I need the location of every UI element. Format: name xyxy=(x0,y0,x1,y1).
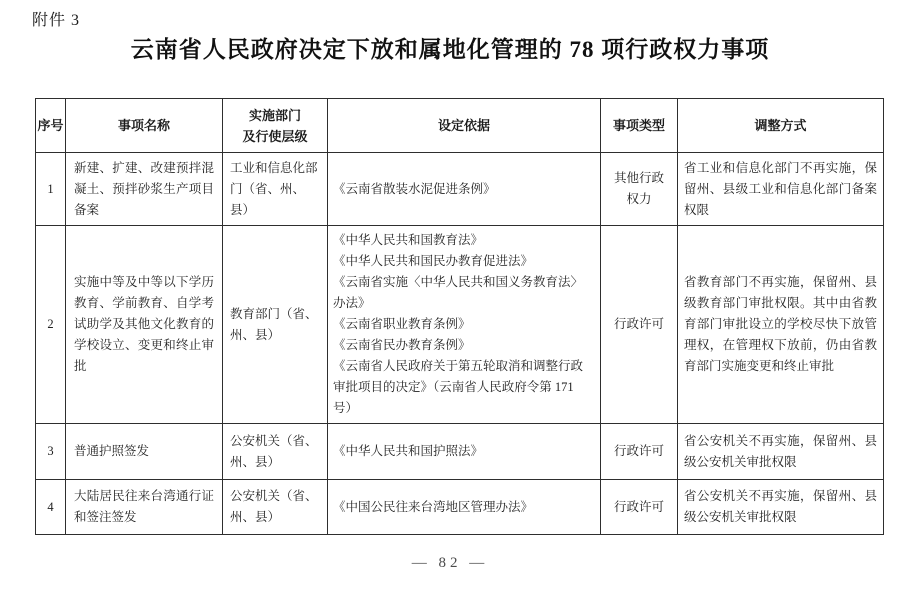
cell-item-name: 实施中等及中等以下学历教育、学前教育、自学考试助学及其他文化教育的学校设立、变更… xyxy=(66,226,223,424)
basis-line: 《中华人民共和国教育法》 xyxy=(333,230,595,251)
cell-type: 行政许可 xyxy=(601,226,678,424)
basis-line: 《中华人民共和国护照法》 xyxy=(333,441,595,462)
cell-no: 4 xyxy=(36,480,66,535)
table-row: 2 实施中等及中等以下学历教育、学前教育、自学考试助学及其他文化教育的学校设立、… xyxy=(36,226,884,424)
cell-type: 行政许可 xyxy=(601,480,678,535)
col-header-type: 事项类型 xyxy=(601,99,678,153)
cell-department: 公安机关（省、州、县） xyxy=(223,480,328,535)
col-header-name: 事项名称 xyxy=(66,99,223,153)
cell-adjustment: 省公安机关不再实施，保留州、县级公安机关审批权限 xyxy=(678,424,884,480)
col-header-basis: 设定依据 xyxy=(328,99,601,153)
col-header-no: 序号 xyxy=(36,99,66,153)
cell-adjustment: 省工业和信息化部门不再实施，保留州、县级工业和信息化部门备案权限 xyxy=(678,153,884,226)
page-title: 云南省人民政府决定下放和属地化管理的 78 项行政权力事项 xyxy=(0,31,900,64)
col-header-adjustment: 调整方式 xyxy=(678,99,884,153)
basis-line: 《云南省职业教育条例》 xyxy=(333,314,595,335)
document-page: 附件 3 云南省人民政府决定下放和属地化管理的 78 项行政权力事项 序号 事项… xyxy=(0,0,900,600)
cell-basis: 《中国公民往来台湾地区管理办法》 xyxy=(328,480,601,535)
cell-item-name: 普通护照签发 xyxy=(66,424,223,480)
col-header-no-line1: 序号 xyxy=(36,115,65,136)
page-number: — 82 — xyxy=(0,555,900,572)
cell-basis: 《云南省散装水泥促进条例》 xyxy=(328,153,601,226)
col-header-department-line2: 及行使层级 xyxy=(223,126,327,147)
table-row: 3 普通护照签发 公安机关（省、州、县） 《中华人民共和国护照法》 行政许可 省… xyxy=(36,424,884,480)
basis-line: 《中国公民往来台湾地区管理办法》 xyxy=(333,497,595,518)
table-row: 1 新建、扩建、改建预拌混凝土、预拌砂浆生产项目备案 工业和信息化部门（省、州、… xyxy=(36,153,884,226)
table-header-row: 序号 事项名称 实施部门 及行使层级 设定依据 事项类型 调整方式 xyxy=(36,99,884,153)
cell-type: 其他行政权力 xyxy=(601,153,678,226)
cell-no: 2 xyxy=(36,226,66,424)
cell-item-name: 大陆居民往来台湾通行证和签注签发 xyxy=(66,480,223,535)
attachment-label: 附件 3 xyxy=(32,7,80,30)
basis-line: 《云南省民办教育条例》 xyxy=(333,335,595,356)
cell-department: 教育部门（省、州、县） xyxy=(223,226,328,424)
basis-line: 《云南省实施〈中华人民共和国义务教育法〉办法》 xyxy=(333,272,595,314)
cell-basis: 《中华人民共和国教育法》 《中华人民共和国民办教育促进法》 《云南省实施〈中华人… xyxy=(328,226,601,424)
cell-no: 3 xyxy=(36,424,66,480)
basis-line: 《中华人民共和国民办教育促进法》 xyxy=(333,251,595,272)
table-row: 4 大陆居民往来台湾通行证和签注签发 公安机关（省、州、县） 《中国公民往来台湾… xyxy=(36,480,884,535)
cell-adjustment: 省教育部门不再实施，保留州、县级教育部门审批权限。其中由省教育部门审批设立的学校… xyxy=(678,226,884,424)
cell-basis: 《中华人民共和国护照法》 xyxy=(328,424,601,480)
col-header-department: 实施部门 及行使层级 xyxy=(223,99,328,153)
cell-no: 1 xyxy=(36,153,66,226)
basis-line: 《云南省散装水泥促进条例》 xyxy=(333,179,595,200)
basis-line: 《云南省人民政府关于第五轮取消和调整行政审批项目的决定》（云南省人民政府令第 1… xyxy=(333,356,595,419)
authority-items-table: 序号 事项名称 实施部门 及行使层级 设定依据 事项类型 调整方式 1 新建、扩… xyxy=(35,98,884,535)
cell-department: 工业和信息化部门（省、州、县） xyxy=(223,153,328,226)
cell-type: 行政许可 xyxy=(601,424,678,480)
cell-item-name: 新建、扩建、改建预拌混凝土、预拌砂浆生产项目备案 xyxy=(66,153,223,226)
cell-adjustment: 省公安机关不再实施，保留州、县级公安机关审批权限 xyxy=(678,480,884,535)
col-header-department-line1: 实施部门 xyxy=(223,105,327,126)
cell-department: 公安机关（省、州、县） xyxy=(223,424,328,480)
